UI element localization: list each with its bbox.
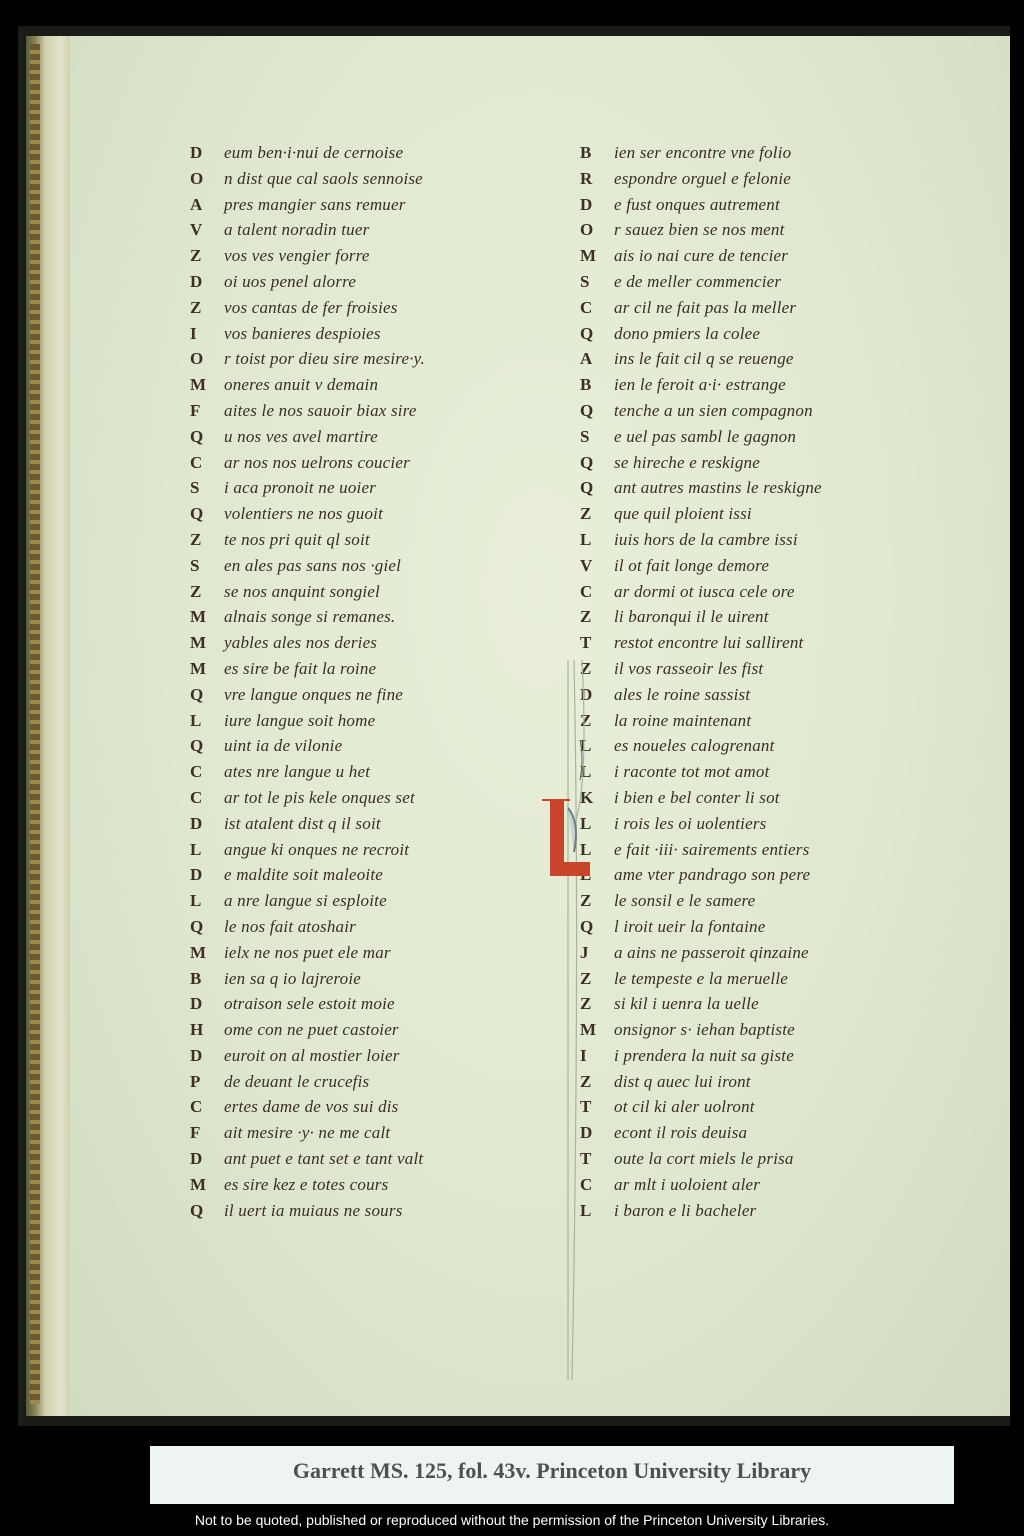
verse-initial: D	[190, 269, 224, 295]
verse-text: yables ales nos deries	[224, 630, 377, 656]
verse-text: iuis hors de la cambre issi	[614, 527, 798, 553]
verse-line: Qant autres mastins le reskigne	[580, 475, 822, 501]
verse-text: le nos fait atoshair	[224, 914, 356, 940]
verse-text: a talent noradin tuer	[224, 217, 369, 243]
verse-line: De maldite soit maleoite	[190, 862, 425, 888]
verse-initial: C	[190, 785, 224, 811]
verse-initial: L	[580, 527, 614, 553]
verse-line: Vil ot fait longe demore	[580, 553, 822, 579]
verse-initial: S	[190, 553, 224, 579]
verse-line: Lame vter pandrago son pere	[580, 862, 822, 888]
verse-line: Zque quil ploient issi	[580, 501, 822, 527]
verse-text: ar mlt i uoloient aler	[614, 1172, 760, 1198]
verse-initial: A	[580, 346, 614, 372]
verse-text: ame vter pandrago son pere	[614, 862, 810, 888]
verse-line: Zsi kil i uenra la uelle	[580, 991, 822, 1017]
verse-line: Toute la cort miels le prisa	[580, 1146, 822, 1172]
verse-text: ien sa q io lajreroie	[224, 966, 361, 992]
verse-text: il ot fait longe demore	[614, 553, 769, 579]
verse-text: te nos pri quit ql soit	[224, 527, 370, 553]
verse-line: Decont il rois deuisa	[580, 1120, 822, 1146]
verse-initial: Q	[190, 1198, 224, 1224]
verse-initial: A	[190, 192, 224, 218]
verse-text: il vos rasseoir les fist	[614, 656, 763, 682]
verse-text: ar nos nos uelrons coucier	[224, 450, 410, 476]
verse-initial: M	[190, 1172, 224, 1198]
verse-initial: Z	[190, 243, 224, 269]
verse-text: ielx ne nos puet ele mar	[224, 940, 391, 966]
verse-initial: D	[190, 1043, 224, 1069]
verse-initial: S	[190, 475, 224, 501]
verse-line: Bien ser encontre vne folio	[580, 140, 822, 166]
verse-line: Qtenche a un sien compagnon	[580, 398, 822, 424]
verse-line: Zle tempeste e la meruelle	[580, 966, 822, 992]
verse-text: es noueles calogrenant	[614, 733, 775, 759]
verse-text: que quil ploient issi	[614, 501, 752, 527]
verse-line: Or sauez bien se nos ment	[580, 217, 822, 243]
verse-text: i baron e li bacheler	[614, 1198, 756, 1224]
verse-text: li baronqui il le uirent	[614, 604, 769, 630]
verse-initial: S	[580, 424, 614, 450]
verse-line: Dant puet e tant set e tant valt	[190, 1146, 425, 1172]
verse-initial: V	[580, 553, 614, 579]
verse-initial: I	[190, 321, 224, 347]
verse-text: i rois les oi uolentiers	[614, 811, 766, 837]
verse-line: Deum ben·i·nui de cernoise	[190, 140, 425, 166]
verse-initial: Q	[190, 682, 224, 708]
verse-line: Tot cil ki aler uolront	[580, 1094, 822, 1120]
verse-line: Dist atalent dist q il soit	[190, 811, 425, 837]
verse-initial: S	[580, 269, 614, 295]
verse-text: ar tot le pis kele onques set	[224, 785, 415, 811]
verse-text: vos ves vengier forre	[224, 243, 370, 269]
verse-line: Zla roine maintenant	[580, 708, 822, 734]
caption-strip: Garrett MS. 125, fol. 43v. Princeton Uni…	[150, 1446, 954, 1504]
verse-text: oneres anuit v demain	[224, 372, 378, 398]
verse-line: Zle sonsil e le samere	[580, 888, 822, 914]
verse-initial: Q	[190, 501, 224, 527]
verse-text: aites le nos sauoir biax sire	[224, 398, 417, 424]
verse-line: De fust onques autrement	[580, 192, 822, 218]
verse-line: Qle nos fait atoshair	[190, 914, 425, 940]
verse-text: vre langue onques ne fine	[224, 682, 403, 708]
verse-text: ome con ne puet castoier	[224, 1017, 399, 1043]
verse-initial: Z	[580, 604, 614, 630]
verse-line: Deuroit on al mostier loier	[190, 1043, 425, 1069]
verse-line: Li baron e li bacheler	[580, 1198, 822, 1224]
verse-initial: F	[190, 398, 224, 424]
verse-line: Faites le nos sauoir biax sire	[190, 398, 425, 424]
verse-initial: O	[580, 217, 614, 243]
verse-text: angue ki onques ne recroit	[224, 837, 409, 863]
verse-text: vos cantas de fer froisies	[224, 295, 398, 321]
verse-initial: Q	[580, 321, 614, 347]
verse-initial: Z	[580, 501, 614, 527]
verse-line: Ivos banieres despioies	[190, 321, 425, 347]
verse-text: eum ben·i·nui de cernoise	[224, 140, 403, 166]
verse-line: Qdono pmiers la colee	[580, 321, 822, 347]
verse-initial: D	[580, 192, 614, 218]
verse-text: le tempeste e la meruelle	[614, 966, 788, 992]
verse-text: e uel pas sambl le gagnon	[614, 424, 796, 450]
verse-text: ot cil ki aler uolront	[614, 1094, 755, 1120]
show-through-text	[840, 176, 1020, 776]
verse-line: Respondre orguel e felonie	[580, 166, 822, 192]
verse-line: Zil vos rasseoir les fist	[580, 656, 822, 682]
verse-line: Apres mangier sans remuer	[190, 192, 425, 218]
verse-line: Fait mesire ·y· ne me calt	[190, 1120, 425, 1146]
verse-line: Car mlt i uoloient aler	[580, 1172, 822, 1198]
verse-text: ar dormi ot iusca cele ore	[614, 579, 795, 605]
verse-text: se hireche e reskigne	[614, 450, 760, 476]
verse-text: dist q auec lui iront	[614, 1069, 751, 1095]
verse-text: ertes dame de vos sui dis	[224, 1094, 399, 1120]
verse-text: ien ser encontre vne folio	[614, 140, 791, 166]
book-edge	[30, 44, 40, 1404]
verse-text: i aca pronoit ne uoier	[224, 475, 376, 501]
verse-line: Se uel pas sambl le gagnon	[580, 424, 822, 450]
verse-text: ates nre langue u het	[224, 759, 370, 785]
verse-text: ist atalent dist q il soit	[224, 811, 381, 837]
verse-line: Mielx ne nos puet ele mar	[190, 940, 425, 966]
verse-initial: C	[190, 450, 224, 476]
verse-initial: T	[580, 630, 614, 656]
verse-initial: B	[580, 140, 614, 166]
verse-text: vos banieres despioies	[224, 321, 381, 347]
verse-line: Le fait ·iii· sairements entiers	[580, 837, 822, 863]
verse-text: en ales pas sans nos ·giel	[224, 553, 401, 579]
verse-line: Moneres anuit v demain	[190, 372, 425, 398]
verse-line: Car nos nos uelrons coucier	[190, 450, 425, 476]
verse-line: Trestot encontre lui sallirent	[580, 630, 822, 656]
verse-line: Liure langue soit home	[190, 708, 425, 734]
verse-line: Zdist q auec lui iront	[580, 1069, 822, 1095]
verse-text: e de meller commencier	[614, 269, 781, 295]
verse-text: econt il rois deuisa	[614, 1120, 747, 1146]
verse-text: il uert ia muiaus ne sours	[224, 1198, 403, 1224]
verse-line: Les noueles calogrenant	[580, 733, 822, 759]
verse-initial: M	[190, 656, 224, 682]
verse-text: ales le roine sassist	[614, 682, 750, 708]
verse-initial: Q	[190, 733, 224, 759]
caption-label: Garrett MS. 125, fol. 43v. Princeton Uni…	[150, 1458, 954, 1484]
verse-line: Ii prendera la nuit sa giste	[580, 1043, 822, 1069]
verse-text: l iroit ueir la fontaine	[614, 914, 766, 940]
verse-line: Home con ne puet castoier	[190, 1017, 425, 1043]
verse-initial: H	[190, 1017, 224, 1043]
verse-line: Si aca pronoit ne uoier	[190, 475, 425, 501]
verse-text: si kil i uenra la uelle	[614, 991, 759, 1017]
verse-line: Bien sa q io lajreroie	[190, 966, 425, 992]
verse-initial: M	[580, 243, 614, 269]
verse-line: Ja ains ne passeroit qinzaine	[580, 940, 822, 966]
verse-line: Zli baronqui il le uirent	[580, 604, 822, 630]
verse-text: ins le fait cil q se reuenge	[614, 346, 794, 372]
verse-text: euroit on al mostier loier	[224, 1043, 400, 1069]
verse-text: a ains ne passeroit qinzaine	[614, 940, 809, 966]
verse-line: On dist que cal saols sennoise	[190, 166, 425, 192]
verse-text: espondre orguel e felonie	[614, 166, 791, 192]
verse-text: onsignor s· iehan baptiste	[614, 1017, 795, 1043]
verse-initial: D	[190, 140, 224, 166]
verse-text: dono pmiers la colee	[614, 321, 760, 347]
verse-initial: F	[190, 1120, 224, 1146]
verse-line: Monsignor s· iehan baptiste	[580, 1017, 822, 1043]
verse-initial: O	[190, 346, 224, 372]
permission-notice: Not to be quoted, published or reproduce…	[0, 1512, 1024, 1528]
verse-line: Mais io nai cure de tencier	[580, 243, 822, 269]
verse-line: Qse hireche e reskigne	[580, 450, 822, 476]
verse-initial: Q	[190, 424, 224, 450]
verse-initial: O	[190, 166, 224, 192]
verse-line: Mes sire kez e totes cours	[190, 1172, 425, 1198]
verse-initial: L	[190, 837, 224, 863]
verse-text: i prendera la nuit sa giste	[614, 1043, 794, 1069]
decorated-initial-L-icon: L	[540, 792, 592, 884]
verse-initial: Q	[580, 450, 614, 476]
verse-initial: D	[190, 1146, 224, 1172]
verse-line: Li rois les oi uolentiers	[580, 811, 822, 837]
verse-text: ant autres mastins le reskigne	[614, 475, 822, 501]
verse-initial: Z	[190, 295, 224, 321]
right-text-column: Bien ser encontre vne folioRespondre org…	[580, 140, 822, 1223]
verse-line: Dotraison sele estoit moie	[190, 991, 425, 1017]
verse-initial: C	[190, 759, 224, 785]
verse-text: uint ia de vilonie	[224, 733, 342, 759]
verse-initial: Q	[580, 475, 614, 501]
verse-text: pres mangier sans remuer	[224, 192, 406, 218]
verse-line: Quint ia de vilonie	[190, 733, 425, 759]
verse-text: iure langue soit home	[224, 708, 375, 734]
verse-text: oi uos penel alorre	[224, 269, 356, 295]
verse-line: Zte nos pri quit ql soit	[190, 527, 425, 553]
verse-text: la roine maintenant	[614, 708, 751, 734]
verse-text: restot encontre lui sallirent	[614, 630, 803, 656]
verse-text: r sauez bien se nos ment	[614, 217, 785, 243]
verse-line: Pde deuant le crucefis	[190, 1069, 425, 1095]
verse-initial: B	[190, 966, 224, 992]
verse-initial: C	[190, 1094, 224, 1120]
verse-initial: Q	[190, 914, 224, 940]
verse-text: es sire be fait la roine	[224, 656, 376, 682]
verse-initial: V	[190, 217, 224, 243]
verse-initial: M	[190, 940, 224, 966]
verse-initial: R	[580, 166, 614, 192]
verse-initial: L	[190, 708, 224, 734]
verse-text: le sonsil e le samere	[614, 888, 755, 914]
verse-initial: Z	[190, 579, 224, 605]
verse-line: Car tot le pis kele onques set	[190, 785, 425, 811]
verse-line: Mes sire be fait la roine	[190, 656, 425, 682]
verse-text: es sire kez e totes cours	[224, 1172, 388, 1198]
verse-text: ait mesire ·y· ne me calt	[224, 1120, 390, 1146]
verse-text: n dist que cal saols sennoise	[224, 166, 423, 192]
verse-text: e maldite soit maleoite	[224, 862, 383, 888]
verse-line: Liuis hors de la cambre issi	[580, 527, 822, 553]
verse-line: Qvolentiers ne nos guoit	[190, 501, 425, 527]
verse-initial: C	[580, 295, 614, 321]
verse-text: e fust onques autrement	[614, 192, 780, 218]
verse-line: Ql iroit ueir la fontaine	[580, 914, 822, 940]
verse-text: ien le feroit a·i· estrange	[614, 372, 786, 398]
verse-text: de deuant le crucefis	[224, 1069, 369, 1095]
verse-line: Ains le fait cil q se reuenge	[580, 346, 822, 372]
verse-text: otraison sele estoit moie	[224, 991, 395, 1017]
verse-text: i bien e bel conter li sot	[614, 785, 780, 811]
verse-line: Certes dame de vos sui dis	[190, 1094, 425, 1120]
verse-initial: Z	[190, 527, 224, 553]
verse-text: ant puet e tant set e tant valt	[224, 1146, 423, 1172]
verse-initial: Q	[580, 398, 614, 424]
verse-line: Or toist por dieu sire mesire·y.	[190, 346, 425, 372]
verse-line: Sen ales pas sans nos ·giel	[190, 553, 425, 579]
verse-initial: D	[190, 811, 224, 837]
verse-line: Cates nre langue u het	[190, 759, 425, 785]
verse-initial: C	[580, 579, 614, 605]
verse-line: Ki bien e bel conter li sot	[580, 785, 822, 811]
verse-line: Langue ki onques ne recroit	[190, 837, 425, 863]
verse-text: u nos ves avel martire	[224, 424, 378, 450]
verse-line: Car cil ne fait pas la meller	[580, 295, 822, 321]
verse-initial: M	[190, 604, 224, 630]
verse-line: Dales le roine sassist	[580, 682, 822, 708]
verse-text: se nos anquint songiel	[224, 579, 380, 605]
verse-initial: L	[190, 888, 224, 914]
verse-line: Se de meller commencier	[580, 269, 822, 295]
verse-text: alnais songe si remanes.	[224, 604, 395, 630]
verse-line: Bien le feroit a·i· estrange	[580, 372, 822, 398]
verse-line: Qu nos ves avel martire	[190, 424, 425, 450]
verse-text: volentiers ne nos guoit	[224, 501, 383, 527]
left-text-column: Deum ben·i·nui de cernoiseOn dist que ca…	[190, 140, 425, 1223]
verse-line: Myables ales nos deries	[190, 630, 425, 656]
verse-line: Qil uert ia muiaus ne sours	[190, 1198, 425, 1224]
verse-line: La nre langue si esploite	[190, 888, 425, 914]
verse-text: e fait ·iii· sairements entiers	[614, 837, 809, 863]
verse-line: Doi uos penel alorre	[190, 269, 425, 295]
verse-line: Li raconte tot mot amot	[580, 759, 822, 785]
verse-text: oute la cort miels le prisa	[614, 1146, 794, 1172]
verse-text: ar cil ne fait pas la meller	[614, 295, 796, 321]
verse-line: Zvos ves vengier forre	[190, 243, 425, 269]
verse-text: ais io nai cure de tencier	[614, 243, 788, 269]
verse-line: Malnais songe si remanes.	[190, 604, 425, 630]
verse-initial: M	[190, 372, 224, 398]
verse-initial: B	[580, 372, 614, 398]
verse-text: i raconte tot mot amot	[614, 759, 770, 785]
verse-initial: D	[190, 991, 224, 1017]
verse-text: r toist por dieu sire mesire·y.	[224, 346, 425, 372]
verse-initial: P	[190, 1069, 224, 1095]
verse-text: tenche a un sien compagnon	[614, 398, 813, 424]
verse-initial: M	[190, 630, 224, 656]
verse-text: a nre langue si esploite	[224, 888, 387, 914]
ruling-lines-decoration	[562, 660, 592, 1380]
verse-line: Car dormi ot iusca cele ore	[580, 579, 822, 605]
verse-initial: D	[190, 862, 224, 888]
verse-line: Va talent noradin tuer	[190, 217, 425, 243]
verse-line: Zse nos anquint songiel	[190, 579, 425, 605]
verse-line: Qvre langue onques ne fine	[190, 682, 425, 708]
verse-line: Zvos cantas de fer froisies	[190, 295, 425, 321]
